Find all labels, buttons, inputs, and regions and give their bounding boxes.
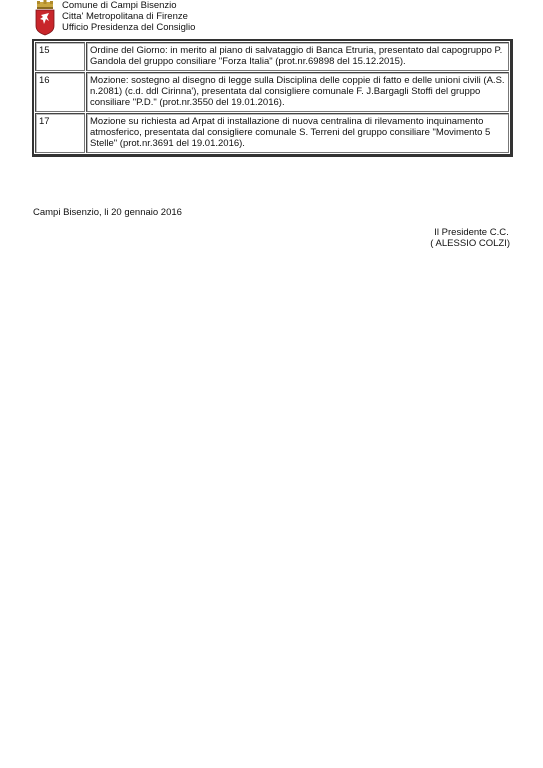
item-description: Mozione su richiesta ad Arpat di install… [86,113,509,153]
table-row: 16 Mozione: sostegno al disegno di legge… [35,72,509,112]
place-and-date: Campi Bisenzio, li 20 gennaio 2016 [33,207,182,218]
item-description: Mozione: sostegno al disegno di legge su… [86,72,509,112]
item-description: Ordine del Giorno: in merito al piano di… [86,42,509,71]
table-row: 15 Ordine del Giorno: in merito al piano… [35,42,509,71]
item-number: 16 [35,72,85,112]
coat-of-arms-icon [33,0,57,36]
signature-block: Il Presidente C.C. ( ALESSIO COLZI) [430,227,510,249]
table-row: 17 Mozione su richiesta ad Arpat di inst… [35,113,509,153]
agenda-table: 15 Ordine del Giorno: in merito al piano… [32,39,513,157]
signature-name: ( ALESSIO COLZI) [430,238,510,249]
item-number: 17 [35,113,85,153]
item-number: 15 [35,42,85,71]
header-line-metropolitan-city: Citta' Metropolitana di Firenze [62,11,195,22]
signature-title: Il Presidente C.C. [430,227,510,238]
header-line-office: Ufficio Presidenza del Consiglio [62,22,195,33]
header-line-municipality: Comune di Campi Bisenzio [62,0,195,11]
